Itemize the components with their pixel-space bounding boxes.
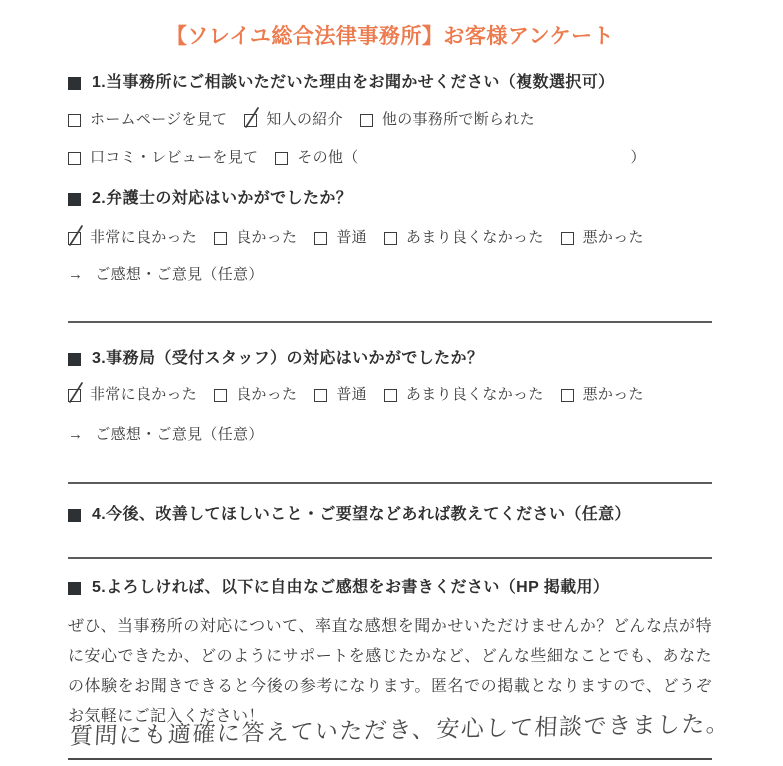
arrow-right-icon: → <box>68 425 83 445</box>
write-in-underline <box>68 758 712 760</box>
option-referral[interactable]: 知人の紹介 <box>244 110 343 130</box>
option-very-good[interactable]: 非常に良かった <box>68 385 197 405</box>
checkbox-icon[interactable] <box>360 114 373 127</box>
checkbox-icon[interactable] <box>214 389 227 402</box>
survey-page: 【ソレイユ総合法律事務所】お客様アンケート 1.当事務所にご相談いただいた理由を… <box>0 0 783 766</box>
option-label: 普通 <box>336 385 367 405</box>
option-label: あまり良くなかった <box>406 385 544 405</box>
handwritten-check-icon <box>242 106 261 130</box>
checkbox-icon[interactable] <box>275 152 288 165</box>
checkbox-icon[interactable] <box>384 389 397 402</box>
checkbox-icon[interactable] <box>68 232 81 245</box>
option-bad[interactable]: 悪かった <box>561 385 644 405</box>
page-title: 【ソレイユ総合法律事務所】お客様アンケート <box>68 24 712 50</box>
checkbox-icon[interactable] <box>214 232 227 245</box>
option-good[interactable]: 良かった <box>214 228 297 248</box>
checkbox-icon[interactable] <box>68 152 81 165</box>
option-label: 知人の紹介 <box>266 110 343 130</box>
option-label: 口コミ・レビューを見て <box>90 148 258 168</box>
checkbox-icon[interactable] <box>314 389 327 402</box>
question-3-header: 3.事務局（受付スタッフ）の対応はいかがでしたか？ <box>68 348 712 370</box>
square-bullet-icon <box>68 77 81 90</box>
question-2-heading: 2.弁護士の対応はいかがでしたか？ <box>92 188 352 210</box>
question-5-section: 5.よろしければ、以下に自由なご感想をお書きください（HP 掲載用） ぜひ、当事… <box>68 577 712 760</box>
option-label: 非常に良かった <box>90 228 197 248</box>
option-other[interactable]: その他（ <box>275 148 358 168</box>
checkbox-icon[interactable] <box>561 232 574 245</box>
square-bullet-icon <box>68 193 81 206</box>
question-1-heading: 1.当事務所にご相談いただいた理由をお聞かせください（複数選択可） <box>92 72 615 94</box>
option-not-good[interactable]: あまり良くなかった <box>384 228 544 248</box>
question-1-section: 1.当事務所にご相談いただいた理由をお聞かせください（複数選択可） ホームページ… <box>68 72 712 168</box>
option-label: 他の事務所で断られた <box>382 110 535 130</box>
option-label: 非常に良かった <box>90 385 197 405</box>
checkbox-icon[interactable] <box>314 232 327 245</box>
question-1-options-row-2: 口コミ・レビューを見て その他（ ） <box>68 148 712 168</box>
checkbox-icon[interactable] <box>68 389 81 402</box>
question-5-heading: 5.よろしければ、以下に自由なご感想をお書きください（HP 掲載用） <box>92 577 609 599</box>
option-very-good[interactable]: 非常に良かった <box>68 228 197 248</box>
checkbox-icon[interactable] <box>561 389 574 402</box>
question-1-options-row-1: ホームページを見て 知人の紹介 他の事務所で断られた <box>68 110 712 130</box>
option-label: その他（ <box>297 148 358 168</box>
question-2-feedback-row[interactable]: → ご感想・ご意見（任意） <box>68 265 712 285</box>
option-label: 良かった <box>236 228 297 248</box>
handwritten-check-icon <box>66 224 85 248</box>
question-2-header: 2.弁護士の対応はいかがでしたか？ <box>68 188 712 210</box>
square-bullet-icon <box>68 353 81 366</box>
option-normal[interactable]: 普通 <box>314 385 367 405</box>
paren-close: ） <box>631 148 646 168</box>
option-rejected-elsewhere[interactable]: 他の事務所で断られた <box>360 110 535 130</box>
question-1-header: 1.当事務所にご相談いただいた理由をお聞かせください（複数選択可） <box>68 72 712 94</box>
option-label: ホームページを見て <box>90 110 227 130</box>
feedback-label: ご感想・ご意見（任意） <box>95 265 263 285</box>
handwritten-check-icon <box>66 381 85 405</box>
question-2-options-row: 非常に良かった 良かった 普通 あまり良くなかった 悪かった <box>68 228 712 248</box>
question-2-section: 2.弁護士の対応はいかがでしたか？ 非常に良かった 良かった 普通 あまり良くな… <box>68 188 712 285</box>
option-label: あまり良くなかった <box>406 228 544 248</box>
section-divider <box>68 557 712 559</box>
option-homepage[interactable]: ホームページを見て <box>68 110 227 130</box>
section-divider <box>68 482 712 484</box>
section-divider <box>68 321 712 323</box>
option-normal[interactable]: 普通 <box>314 228 367 248</box>
question-4-heading: 4.今後、改善してほしいこと・ご要望などあれば教えてください（任意） <box>92 504 631 526</box>
option-not-good[interactable]: あまり良くなかった <box>384 385 544 405</box>
question-3-options-row: 非常に良かった 良かった 普通 あまり良くなかった 悪かった <box>68 385 712 405</box>
question-3-heading: 3.事務局（受付スタッフ）の対応はいかがでしたか？ <box>92 348 483 370</box>
question-5-header: 5.よろしければ、以下に自由なご感想をお書きください（HP 掲載用） <box>68 577 712 599</box>
question-4-header: 4.今後、改善してほしいこと・ご要望などあれば教えてください（任意） <box>68 504 712 526</box>
question-4-section: 4.今後、改善してほしいこと・ご要望などあれば教えてください（任意） <box>68 504 712 526</box>
question-3-section: 3.事務局（受付スタッフ）の対応はいかがでしたか？ 非常に良かった 良かった 普… <box>68 348 712 445</box>
checkbox-icon[interactable] <box>68 114 81 127</box>
checkbox-icon[interactable] <box>384 232 397 245</box>
option-good[interactable]: 良かった <box>214 385 297 405</box>
arrow-right-icon: → <box>68 265 83 285</box>
option-label: 良かった <box>236 385 297 405</box>
square-bullet-icon <box>68 582 81 595</box>
checkbox-icon[interactable] <box>244 114 257 127</box>
option-bad[interactable]: 悪かった <box>561 228 644 248</box>
feedback-label: ご感想・ご意見（任意） <box>95 425 263 445</box>
option-label: 悪かった <box>583 228 644 248</box>
option-label: 普通 <box>336 228 367 248</box>
square-bullet-icon <box>68 509 81 522</box>
option-reviews[interactable]: 口コミ・レビューを見て <box>68 148 258 168</box>
option-label: 悪かった <box>583 385 644 405</box>
question-3-feedback-row[interactable]: → ご感想・ご意見（任意） <box>68 425 712 445</box>
